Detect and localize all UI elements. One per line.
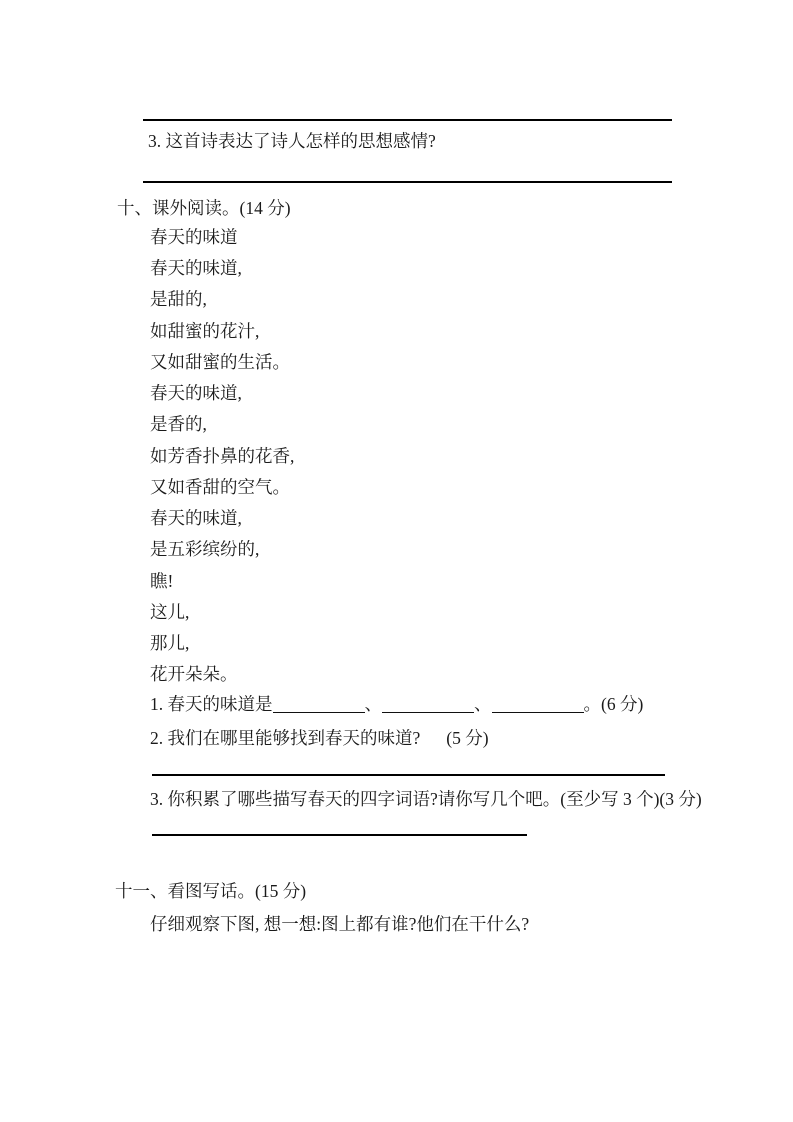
question-2-text: 2. 我们在哪里能够找到春天的味道? — [150, 728, 420, 748]
prev-section-question-3: 3. 这首诗表达了诗人怎样的思想感情? — [148, 131, 436, 152]
section-11-heading: 十一、看图写话。(15 分) — [115, 881, 306, 902]
poem-line: 春天的味道, — [150, 383, 242, 404]
list-separator: 、 — [474, 694, 492, 714]
question-1-prefix: 1. 春天的味道是 — [150, 694, 273, 714]
question-1-suffix: 。(6 分) — [584, 694, 644, 714]
poem-line: 是甜的, — [150, 289, 207, 310]
poem-line: 又如香甜的空气。 — [150, 477, 290, 498]
poem-title: 春天的味道 — [150, 227, 238, 248]
question-2: 2. 我们在哪里能够找到春天的味道?(5 分) — [150, 728, 489, 749]
poem-line: 春天的味道, — [150, 258, 242, 279]
answer-line — [152, 774, 665, 776]
worksheet-page: 3. 这首诗表达了诗人怎样的思想感情? 十、课外阅读。(14 分) 春天的味道 … — [0, 0, 793, 1122]
poem-line: 瞧! — [150, 571, 173, 592]
question-3: 3. 你积累了哪些描写春天的四字词语?请你写几个吧。(至少写 3 个)(3 分) — [150, 789, 702, 810]
poem-line: 这儿, — [150, 602, 189, 623]
answer-line — [143, 119, 672, 121]
section-11-instruction: 仔细观察下图, 想一想:图上都有谁?他们在干什么? — [150, 914, 529, 935]
poem-line: 是香的, — [150, 414, 207, 435]
poem-line: 又如甜蜜的生活。 — [150, 352, 290, 373]
poem-line: 如芳香扑鼻的花香, — [150, 446, 294, 467]
answer-blank — [273, 698, 365, 713]
poem-line: 那儿, — [150, 633, 189, 654]
poem-line: 如甜蜜的花汁, — [150, 321, 259, 342]
answer-blank — [492, 698, 584, 713]
list-separator: 、 — [365, 694, 383, 714]
answer-line — [143, 181, 672, 183]
poem-line: 花开朵朵。 — [150, 664, 238, 685]
question-2-points: (5 分) — [446, 728, 488, 748]
section-10-heading: 十、课外阅读。(14 分) — [117, 198, 291, 219]
question-1: 1. 春天的味道是、、。(6 分) — [150, 694, 643, 715]
answer-line — [152, 834, 527, 836]
answer-blank — [382, 698, 474, 713]
poem-line: 是五彩缤纷的, — [150, 539, 259, 560]
poem-line: 春天的味道, — [150, 508, 242, 529]
